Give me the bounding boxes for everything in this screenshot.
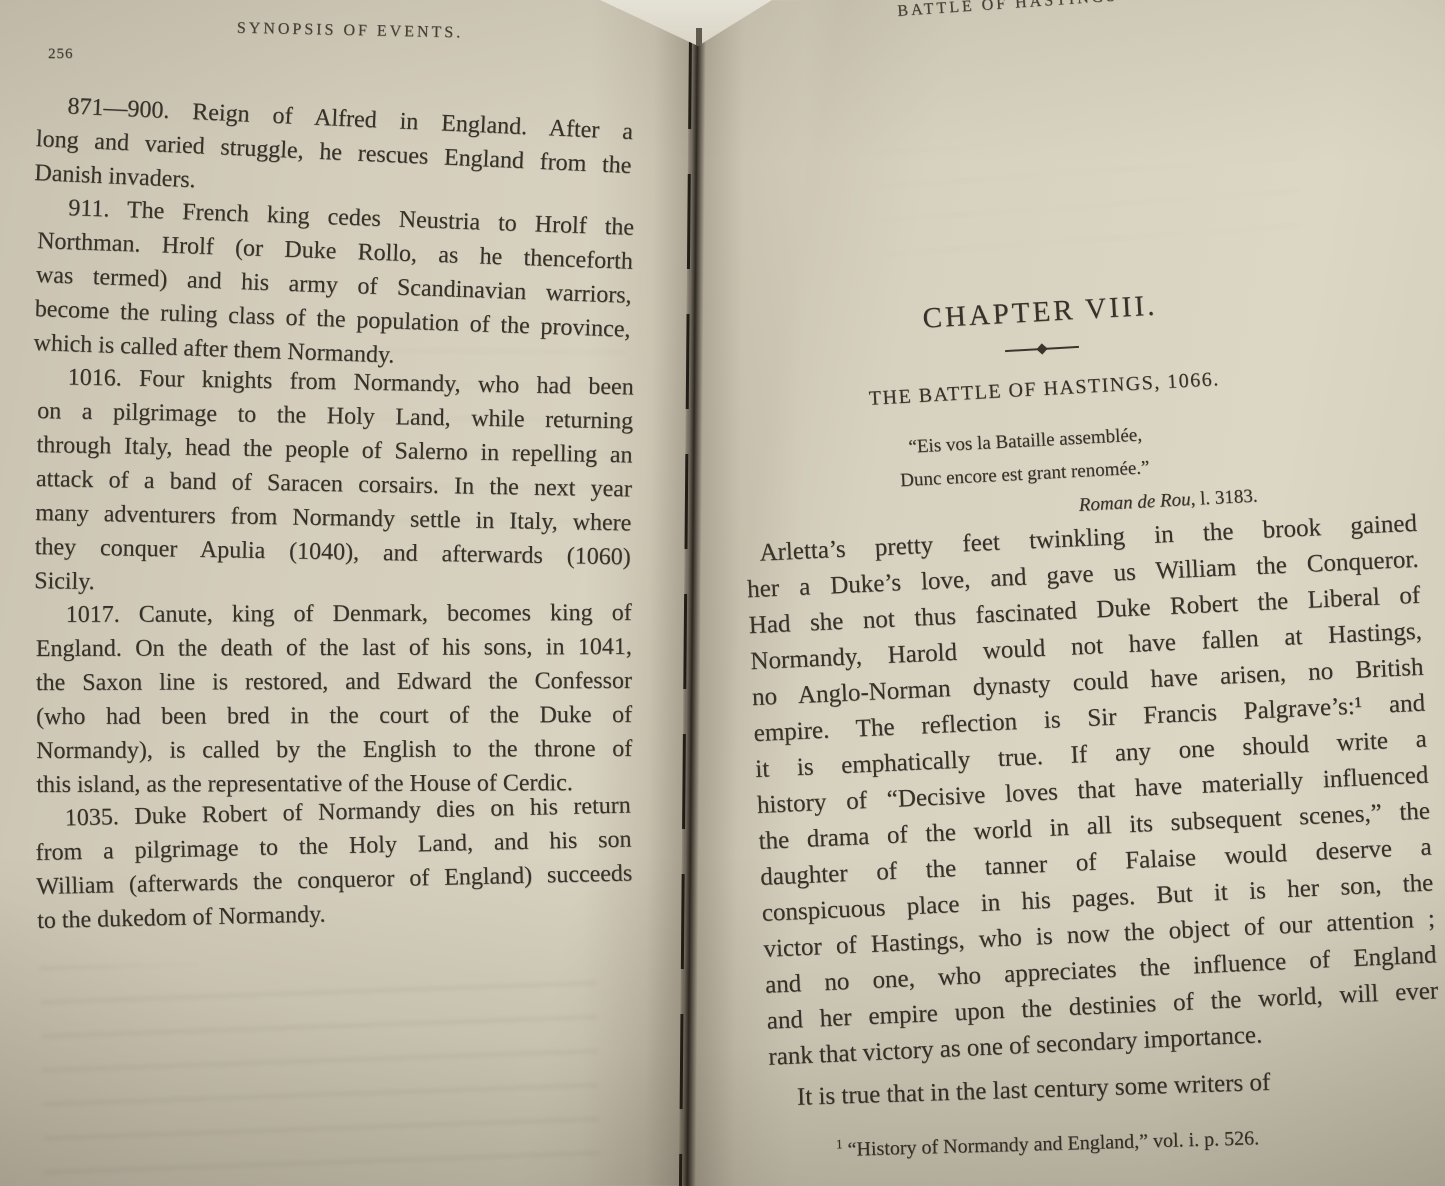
attribution-work-title: Roman de Rou	[1078, 489, 1191, 516]
gutter-crease	[580, 0, 805, 1186]
show-through-ghost-text	[877, 129, 1303, 271]
right-running-header: BATTLE OF HASTINGS	[897, 0, 1237, 21]
attribution-line-ref: , l. 3183.	[1190, 486, 1258, 510]
chapter-heading: CHAPTER VIII.	[760, 280, 1321, 344]
footnote-text: “History of Normandy and England,” vol. …	[847, 1127, 1259, 1160]
footnote: 1 “History of Normandy and England,” vol…	[836, 1120, 1436, 1162]
chapter-heading-block: CHAPTER VIII. THE BATTLE OF HASTINGS, 10…	[760, 280, 1325, 416]
chapter-ornament-rule	[1005, 342, 1079, 355]
right-page-body: Arletta’s pretty feet twinkling in the b…	[757, 536, 1429, 1117]
chapter-subtitle: THE BATTLE OF HASTINGS, 1066.	[764, 362, 1324, 416]
paragraph: Arletta’s pretty feet twinkling in the b…	[745, 506, 1441, 1076]
book-photo: SYNOPSIS OF EVENTS. 256 871—900. Reign o…	[0, 0, 1445, 1186]
footnote-marker: 1	[836, 1136, 843, 1151]
ornament-diamond	[1036, 343, 1047, 354]
